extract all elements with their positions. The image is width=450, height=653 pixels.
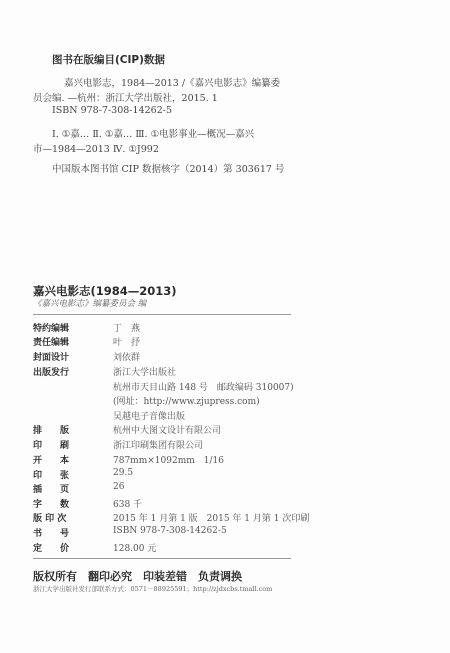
credit-row: 排 版杭州中大图文设计有限公司 (33, 423, 221, 436)
credit-value: 刘依群 (113, 350, 140, 363)
divider (33, 558, 291, 559)
credit-row: 杭州市天目山路 148 号 邮政编码 310007) (33, 380, 294, 393)
credit-row: 定 价128.00 元 (33, 541, 156, 554)
credit-value: 29.5 (113, 468, 133, 481)
credit-value: 丁 燕 (113, 321, 140, 334)
rights-notice: 版权所有 翻印必究 印装差错 负责调换 (33, 568, 242, 584)
credit-label: 印 刷 (33, 438, 81, 451)
credit-row: 版 印 次2015 年 1 月第 1 版 2015 年 1 月第 1 次印刷 (33, 511, 309, 524)
credit-value: 杭州中大图文设计有限公司 (113, 423, 221, 436)
credit-row: 插 页26 (33, 482, 124, 495)
credit-label: 插 页 (33, 482, 81, 495)
divider (33, 314, 291, 315)
cip-heading: 图书在版编目(CIP)数据 (52, 52, 165, 67)
cip-line: 员会编. —杭州：浙江大学出版社，2015. 1 (33, 90, 218, 104)
credit-value: ISBN 978-7-308-14262-5 (113, 526, 227, 539)
publisher-contact: 浙江大学出版社发行部联系方式：0571－88925591；http://zjdx… (33, 584, 272, 593)
credit-label: 印 张 (33, 468, 81, 481)
credit-row: 吴越电子音像出版 (33, 409, 185, 422)
credit-value: (网址：http://www.zjupress.com) (113, 394, 260, 407)
credit-value: 浙江大学出版社 (113, 365, 176, 378)
credit-row: 责任编辑叶 抒 (33, 335, 140, 348)
credit-label: 开 本 (33, 453, 81, 466)
credit-row: (网址：http://www.zjupress.com) (33, 394, 260, 407)
credit-label: 版 印 次 (33, 511, 81, 524)
credit-row: 特约编辑丁 燕 (33, 321, 140, 334)
cip-line: ISBN 978-7-308-14262-5 (52, 105, 172, 116)
credit-label: 责任编辑 (33, 335, 81, 348)
credit-row: 开 本787mm×1092mm 1/16 (33, 453, 224, 466)
credit-value: 吴越电子音像出版 (113, 409, 185, 422)
credit-row: 书 号ISBN 978-7-308-14262-5 (33, 526, 227, 539)
credit-row: 印 张29.5 (33, 468, 133, 481)
credit-row: 出版发行浙江大学出版社 (33, 365, 176, 378)
credit-row: 字 数638 千 (33, 497, 142, 510)
credit-label: 书 号 (33, 526, 81, 539)
credit-label: 封面设计 (33, 350, 81, 363)
credit-value: 叶 抒 (113, 335, 140, 348)
credit-label: 特约编辑 (33, 321, 81, 334)
cip-line: Ⅰ. ①嘉… Ⅱ. ①嘉… Ⅲ. ①电影事业—概况—嘉兴 (52, 126, 254, 140)
credit-value: 26 (113, 482, 124, 495)
credit-label: 排 版 (33, 423, 81, 436)
credit-value: 2015 年 1 月第 1 版 2015 年 1 月第 1 次印刷 (113, 511, 309, 524)
credit-value: 787mm×1092mm 1/16 (113, 453, 224, 466)
credit-value: 浙江印刷集团有限公司 (113, 438, 203, 451)
credit-value: 128.00 元 (113, 541, 156, 554)
credit-label: 字 数 (33, 497, 81, 510)
cip-line: 嘉兴电影志，1984—2013 /《嘉兴电影志》编纂委 (64, 75, 280, 89)
credit-row: 印 刷浙江印刷集团有限公司 (33, 438, 203, 451)
cip-line: 中国版本图书馆 CIP 数据核字（2014）第 303617 号 (52, 161, 284, 175)
credit-value: 638 千 (113, 497, 142, 510)
credit-label: 出版发行 (33, 365, 81, 378)
credit-value: 杭州市天目山路 148 号 邮政编码 310007) (113, 380, 294, 393)
cip-line: 市—1984—2013 Ⅳ. ①J992 (33, 141, 159, 155)
credit-row: 封面设计刘依群 (33, 350, 140, 363)
book-editor: 《嘉兴电影志》编纂委员会 编 (33, 297, 146, 309)
credit-label: 定 价 (33, 541, 81, 554)
